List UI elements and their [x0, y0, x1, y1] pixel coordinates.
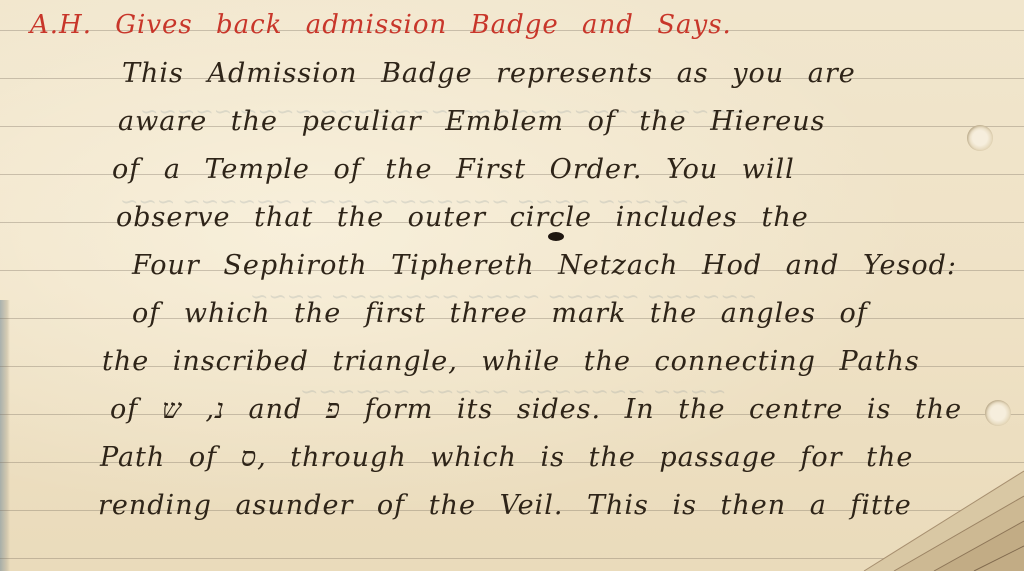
- text-line-3: of a Temple of the First Order. You will: [112, 154, 795, 185]
- punch-hole: [985, 400, 1011, 426]
- folded-corner: [824, 461, 1024, 571]
- text-line-6: of which the first three mark the angles…: [132, 298, 868, 329]
- ink-blot: [548, 232, 564, 241]
- page-edge: [0, 300, 10, 571]
- stage-direction: A.H. Gives back admission Badge and Says…: [30, 10, 732, 40]
- text-line-5: Four Sephiroth Tiphereth Netzach Hod and…: [132, 250, 957, 281]
- punch-hole: [967, 125, 993, 151]
- text-line-10: rending asunder of the Veil. This is the…: [98, 490, 912, 521]
- text-line-1: This Admission Badge represents as you a…: [122, 58, 856, 89]
- text-line-8: of נ, ש and פ form its sides. In the cen…: [110, 394, 962, 425]
- text-line-4: observe that the outer circle includes t…: [116, 202, 809, 233]
- manuscript-page: ~~~~ ~~~~~~ ~~~~~ ~~~~~~~ ~~~~ ~~~~~ ~~~…: [0, 0, 1024, 571]
- text-line-9: Path of ס, through which is the passage …: [100, 442, 913, 473]
- text-line-7: the inscribed triangle, while the connec…: [102, 346, 920, 377]
- text-line-2: aware the peculiar Emblem of the Hiereus: [118, 106, 826, 137]
